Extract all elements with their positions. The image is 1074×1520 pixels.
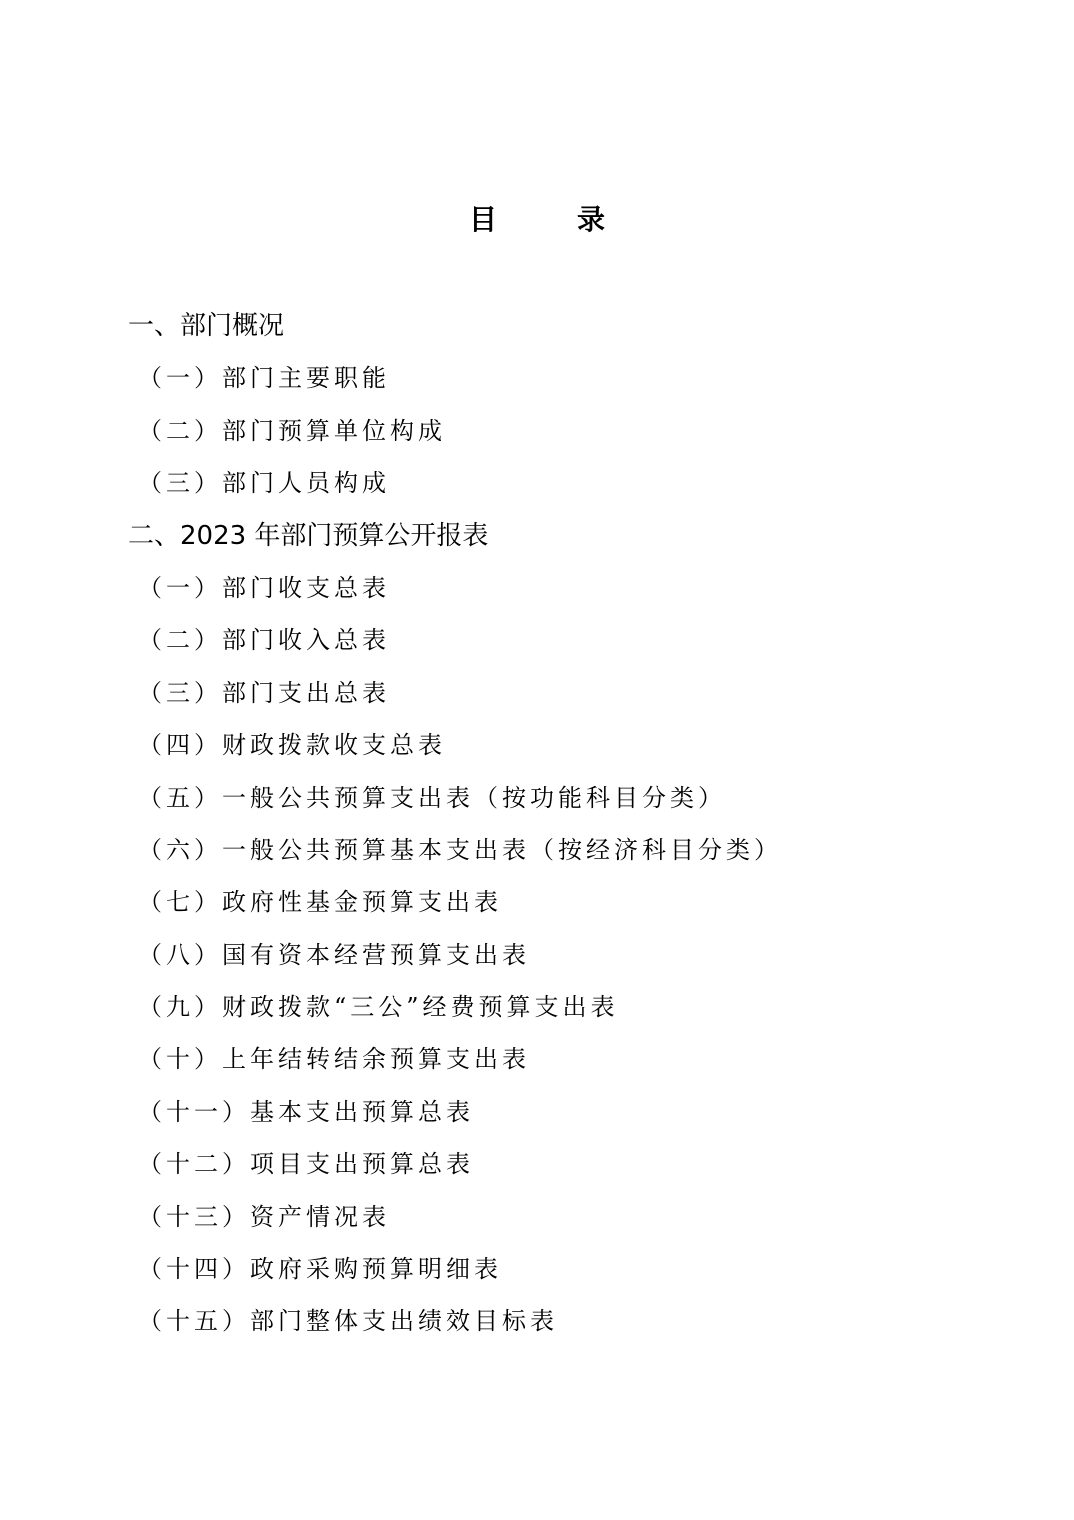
toc-item[interactable]: （一）部门主要职能 [128, 358, 988, 410]
toc-item[interactable]: （七）政府性基金预算支出表 [128, 882, 988, 934]
toc-item[interactable]: （五）一般公共预算支出表（按功能科目分类） [128, 778, 988, 830]
toc-item[interactable]: （二）部门收入总表 [128, 620, 988, 672]
toc-item[interactable]: （二）部门预算单位构成 [128, 411, 988, 463]
toc-item[interactable]: （八）国有资本经营预算支出表 [128, 935, 988, 987]
toc-item[interactable]: （十三）资产情况表 [128, 1197, 988, 1249]
toc-item[interactable]: （一）部门收支总表 [128, 568, 988, 620]
toc-section-heading[interactable]: 二、2023 年部门预算公开报表 [128, 516, 988, 568]
toc-item[interactable]: （十一）基本支出预算总表 [128, 1092, 988, 1144]
toc-item[interactable]: （四）财政拨款收支总表 [128, 725, 988, 777]
toc-item[interactable]: （十）上年结转结余预算支出表 [128, 1039, 988, 1091]
toc-item[interactable]: （十二）项目支出预算总表 [128, 1144, 988, 1196]
toc-item[interactable]: （十五）部门整体支出绩效目标表 [128, 1301, 988, 1353]
toc-item[interactable]: （六）一般公共预算基本支出表（按经济科目分类） [128, 830, 988, 882]
toc-item[interactable]: （九）财政拨款“三公”经费预算支出表 [128, 987, 988, 1039]
table-of-contents: 一、部门概况 （一）部门主要职能 （二）部门预算单位构成 （三）部门人员构成 二… [128, 306, 988, 1354]
toc-item[interactable]: （十四）政府采购预算明细表 [128, 1249, 988, 1301]
toc-item[interactable]: （三）部门支出总表 [128, 673, 988, 725]
page-title: 目 录 [0, 200, 1074, 240]
toc-item[interactable]: （三）部门人员构成 [128, 463, 988, 515]
toc-section-heading[interactable]: 一、部门概况 [128, 306, 988, 358]
